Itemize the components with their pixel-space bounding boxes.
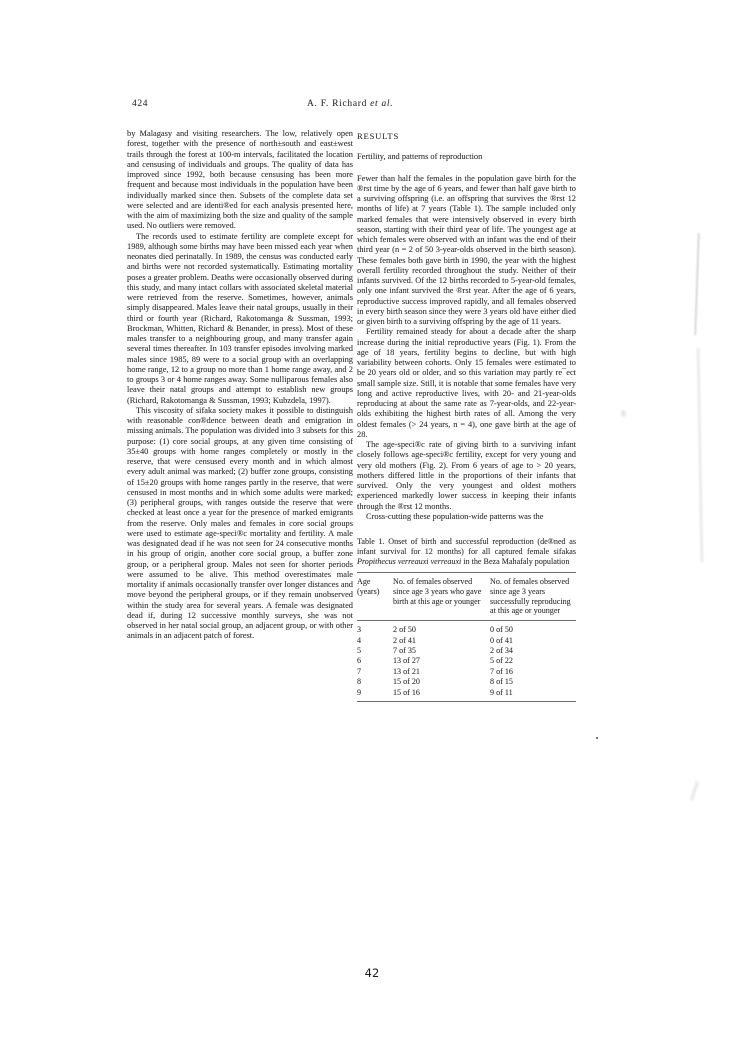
table-cell: 9 <box>357 687 393 701</box>
table-cell: 2 of 50 <box>393 621 490 635</box>
table-row: 7 13 of 21 7 of 16 <box>357 666 576 676</box>
table-header-cell: No. of females observed since age 3 year… <box>490 573 576 621</box>
table-header-row: Age (years) No. of females observed sinc… <box>357 573 576 621</box>
scanned-paper-page: 424 A. F. Richard et al. by Malagasy and… <box>0 0 744 1053</box>
scan-artifact-blob <box>621 410 626 417</box>
table-cell: 13 of 27 <box>393 656 490 666</box>
section-heading: Fertility, and patterns of reproduction <box>357 152 576 162</box>
table-cell: 5 of 22 <box>490 656 576 666</box>
table-row: 5 7 of 35 2 of 34 <box>357 645 576 655</box>
table-row: 3 2 of 50 0 of 50 <box>357 621 576 635</box>
scan-artifact-dot <box>596 737 598 739</box>
table-cell: 2 of 41 <box>393 635 490 645</box>
table-cell: 8 <box>357 677 393 687</box>
scan-artifact-streak <box>694 233 700 335</box>
table-row: 8 15 of 20 8 of 15 <box>357 677 576 687</box>
table-cell: 7 of 35 <box>393 645 490 655</box>
scan-artifact-streak <box>697 348 703 562</box>
paragraph: Fewer than half the females in the popul… <box>357 174 576 328</box>
paragraph: This viscosity of sifaka society makes i… <box>127 406 353 642</box>
table-row: 6 13 of 27 5 of 22 <box>357 656 576 666</box>
running-title: A. F. Richard et al. <box>307 99 393 109</box>
table-cell: 0 of 41 <box>490 635 576 645</box>
table-caption: Table 1. Onset of birth and successful r… <box>357 537 576 567</box>
table-cell: 7 of 16 <box>490 666 576 676</box>
running-title-etal: et al. <box>370 99 393 109</box>
table-cell: 9 of 11 <box>490 687 576 701</box>
table-cell: 8 of 15 <box>490 677 576 687</box>
results-heading: RESULTS <box>357 131 576 141</box>
scan-artifact-streak <box>690 781 699 801</box>
table-1: Age (years) No. of females observed sinc… <box>357 572 576 702</box>
paragraph: The records used to estimate fertility a… <box>127 232 353 406</box>
header-page-number: 424 <box>132 99 148 109</box>
paragraph: The age-speci®c rate of giving birth to … <box>357 440 576 512</box>
table-cell: 13 of 21 <box>393 666 490 676</box>
table-1-block: Table 1. Onset of birth and successful r… <box>357 537 576 702</box>
running-title-authors: A. F. Richard <box>307 99 370 109</box>
table-row: 4 2 of 41 0 of 41 <box>357 635 576 645</box>
table-cell: 15 of 16 <box>393 687 490 701</box>
table-cell: 2 of 34 <box>490 645 576 655</box>
table-caption-suffix: in the Beza Mahafaly population <box>461 557 569 566</box>
left-column: by Malagasy and visiting researchers. Th… <box>127 129 353 642</box>
table-cell: 0 of 50 <box>490 621 576 635</box>
footer-page-number: 42 <box>0 966 744 980</box>
paragraph: by Malagasy and visiting researchers. Th… <box>127 129 353 232</box>
table-header-cell: Age (years) <box>357 573 393 621</box>
paragraph: Fertility remained steady for about a de… <box>357 327 576 440</box>
paragraph: Cross-cutting these population-wide patt… <box>357 512 576 522</box>
table-caption-text: Table 1. Onset of birth and successful r… <box>357 537 576 556</box>
table-cell: 6 <box>357 656 393 666</box>
table-header-cell: No. of females observed since age 3 year… <box>393 573 490 621</box>
table-cell: 15 of 20 <box>393 677 490 687</box>
table-row: 9 15 of 16 9 of 11 <box>357 687 576 701</box>
right-column: RESULTS Fertility, and patterns of repro… <box>357 129 576 702</box>
table-cell: 5 <box>357 645 393 655</box>
table-cell: 4 <box>357 635 393 645</box>
table-cell: 3 <box>357 621 393 635</box>
table-cell: 7 <box>357 666 393 676</box>
table-caption-species: Propithecus verreauxi verreauxi <box>357 557 461 566</box>
